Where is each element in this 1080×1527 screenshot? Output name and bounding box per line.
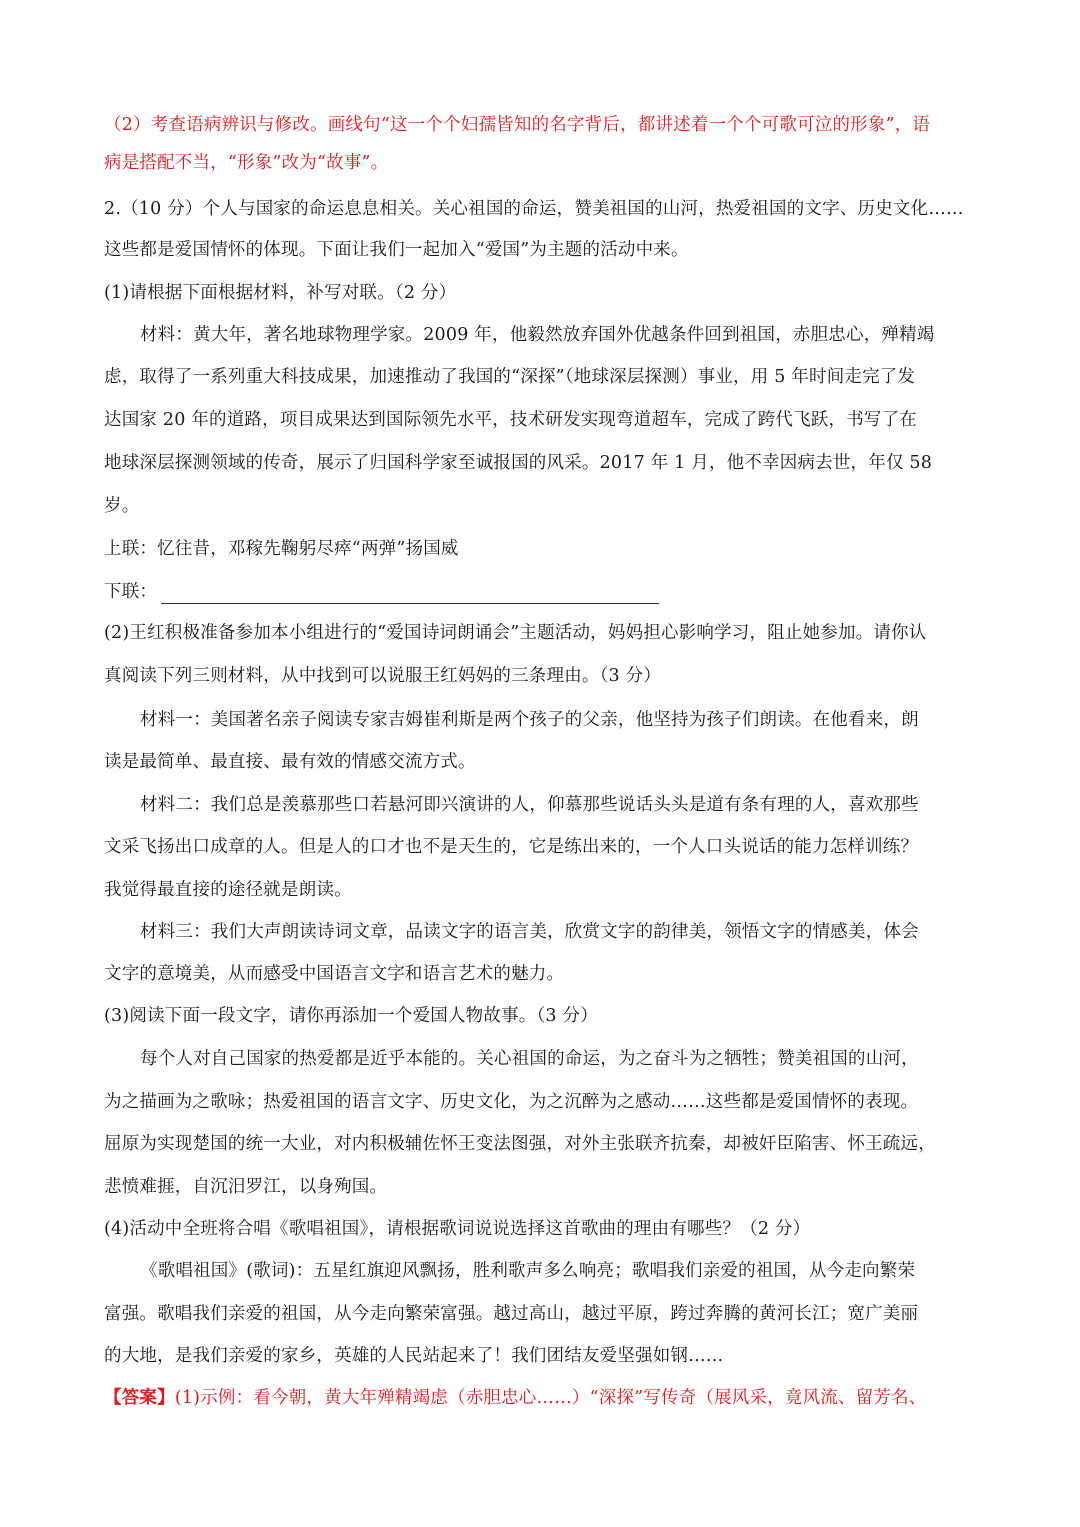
passage-line: 悲愤难捱，自沉汨罗江，以身殉国。 (104, 1175, 387, 1199)
lyrics-line: 富强。歌唱我们亲爱的祖国，从今走向繁荣富强。越过高山，越过平原，跨过奔腾的黄河长… (104, 1302, 918, 1326)
material-2-line: 我觉得最直接的途径就是朗读。 (104, 878, 352, 902)
question-2-intro-1: 2.（10 分）个人与国家的命运息息相关。关心祖国的命运，赞美祖国的山河，热爱祖… (104, 197, 964, 221)
material-line: 虑，取得了一系列重大科技成果，加速推动了我国的“深探”（地球深层探测）事业，用 … (104, 365, 915, 389)
passage-line: 为之描画为之歌咏；热爱祖国的语言文字、历史文化，为之沉醉为之感动……这些都是爱国… (104, 1090, 918, 1114)
sub-question-3-prompt: (3)阅读下面一段文字，请你再添加一个爱国人物故事。（3 分） (104, 1004, 598, 1028)
sub-question-4-prompt: (4)活动中全班将合唱《歌唱祖国》，请根据歌词说说选择这首歌曲的理由有哪些？（2… (104, 1217, 810, 1241)
passage-line: 每个人对自己国家的热爱都是近乎本能的。关心祖国的命运，为之奋斗为之牺牲；赞美祖国… (140, 1047, 919, 1071)
material-line: 达国家 20 年的道路，项目成果达到国际领先水平，技术研发实现弯道超车，完成了跨… (104, 408, 917, 432)
passage-line: 屈原为实现楚国的统一大业，对内积极辅佐怀王变法图强，对外主张联齐抗秦，却被奸臣陷… (104, 1132, 936, 1156)
material-1-line: 材料一：美国著名亲子阅读专家吉姆崔利斯是两个孩子的父亲，他坚持为孩子们朗读。在他… (140, 708, 919, 732)
lyrics-line: 《歌唱祖国》(歌词)：五星红旗迎风飘扬，胜利歌声多么响亮；歌唱我们亲爱的祖国，从… (140, 1259, 915, 1283)
material-2-line: 材料二：我们总是羡慕那些口若悬河即兴演讲的人，仰慕那些说话头头是道有条有理的人，… (140, 793, 919, 817)
answer-text: (1)示例：看今朝，黄大年殚精竭虑（赤胆忠心……）“深探”写传奇（展风采，竟风流… (175, 1388, 927, 1408)
question-2-intro-2: 这些都是爱国情怀的体现。下面让我们一起加入“爱国”为主题的活动中来。 (104, 238, 689, 262)
answer-prev-line-1: （2）考查语病辨识与修改。画线句“这一个个妇孺皆知的名字背后，都讲述着一个个可歌… (104, 113, 930, 137)
sub-question-2-prompt-2: 真阅读下列三则材料，从中找到可以说服王红妈妈的三条理由。（3 分） (104, 664, 661, 688)
lower-couplet: 下联： (104, 580, 659, 604)
answer-prev-line-2: 病是搭配不当，“形象”改为“故事”。 (104, 151, 388, 175)
material-2-line: 文采飞扬出口成章的人。但是人的口才也不是天生的，它是练出来的，一个人口头说话的能… (104, 835, 918, 859)
sub-question-1-prompt: (1)请根据下面根据材料，补写对联。（2 分） (104, 281, 456, 305)
answer-label: 【答案】 (104, 1388, 175, 1408)
upper-couplet: 上联：忆往昔，邓稼先鞠躬尽瘁“两弹”扬国威 (104, 537, 459, 561)
answer-blank-line (161, 587, 659, 604)
sub-question-2-prompt-1: (2)王红积极准备参加本小组进行的“爱国诗词朗诵会”主题活动，妈妈担心影响学习，… (104, 621, 926, 645)
material-line: 岁。 (104, 494, 139, 518)
lower-couplet-label: 下联： (104, 582, 157, 602)
material-line: 地球深层探测领域的传奇，展示了归国科学家至诚报国的风采。2017 年 1 月，他… (104, 451, 932, 475)
material-3-line: 文字的意境美，从而感受中国语言文字和语言艺术的魅力。 (104, 962, 564, 986)
lyrics-line: 的大地，是我们亲爱的家乡，英雄的人民站起来了！我们团结友爱坚强如钢…… (104, 1344, 724, 1368)
answer-line: 【答案】(1)示例：看今朝，黄大年殚精竭虑（赤胆忠心……）“深探”写传奇（展风采… (104, 1386, 927, 1410)
material-line: 材料：黄大年，著名地球物理学家。2009 年，他毅然放弃国外优越条件回到祖国，赤… (140, 323, 935, 347)
material-3-line: 材料三：我们大声朗读诗词文章，品读文字的语言美，欣赏文字的韵律美，领悟文字的情感… (140, 920, 919, 944)
material-1-line: 读是最简单、最直接、最有效的情感交流方式。 (104, 750, 476, 774)
